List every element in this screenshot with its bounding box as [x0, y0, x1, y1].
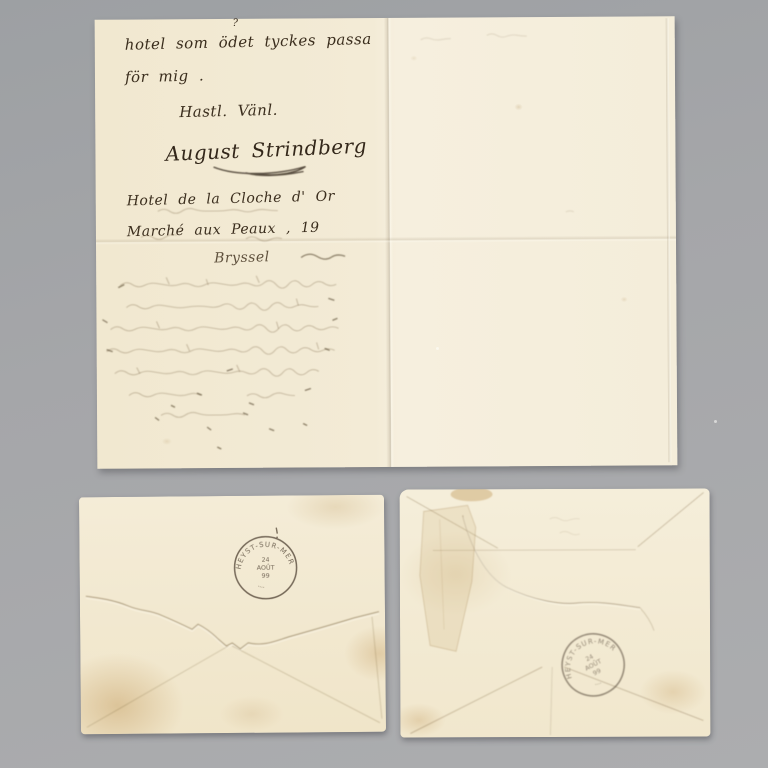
flap-fold-creases: [86, 617, 382, 728]
envelope-right-creases: [400, 488, 711, 737]
showthrough-ticks: [136, 275, 319, 373]
photo-background: hotel som ödet tyckes passa ? för mig . …: [0, 0, 768, 768]
dust-speck: [436, 347, 439, 350]
letter-sheet: hotel som ödet tyckes passa ? för mig . …: [95, 16, 678, 469]
dust-speck: [714, 420, 717, 423]
postmark-heyst-sur-mer-left: HEYST-SUR-MER 24 AOÛT 99 ····: [228, 530, 303, 605]
postmark-date-year: 99: [591, 666, 602, 677]
svg-text:····: ····: [256, 583, 265, 592]
postmark-bottom-marks: ····: [592, 679, 604, 691]
torn-stain-band: [420, 488, 494, 651]
rounded-flap-edge: [463, 515, 654, 632]
signature-flourish: [214, 166, 306, 175]
showthrough-ink: [106, 208, 339, 418]
postmark-date-day: 24: [262, 557, 270, 564]
svg-text:····: ····: [592, 679, 604, 691]
envelope-right-back: HEYST-SUR-MER 24 AOÛT 99 ····: [400, 488, 711, 737]
postmark-bottom-marks: ····: [256, 583, 265, 592]
letter-ink-artwork: [95, 16, 678, 469]
postmark-date-year: 99: [262, 572, 270, 580]
ink-specks: [102, 254, 346, 450]
right-page-faint-marks: [421, 33, 574, 212]
showthrough-faint-marks: [550, 517, 580, 534]
postmark-date-month: AOÛT: [257, 563, 275, 572]
envelope-left-back: HEYST-SUR-MER 24 AOÛT 99 ····: [79, 495, 386, 735]
